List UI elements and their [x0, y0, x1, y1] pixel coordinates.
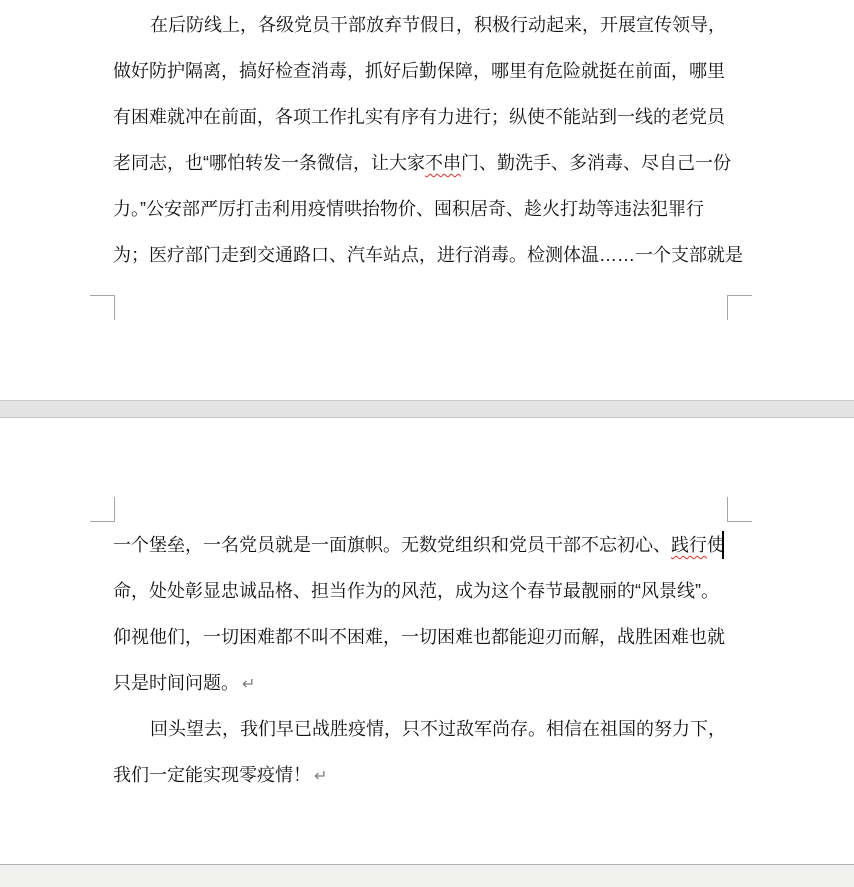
- text-run: 仰视他们，一切困难都不叫不困难，一切困难也都能迎刃而解，战胜困难也就: [113, 627, 725, 647]
- text-line[interactable]: 回头望去，我们早已战胜疫情，只不过敌军尚存。相信在祖国的努力下，: [113, 717, 790, 741]
- text-line[interactable]: 我们一定能实现零疫情！↵: [113, 763, 753, 787]
- text-cursor-caret: [722, 531, 724, 559]
- text-run: 有困难就冲在前面，各项工作扎实有序有力进行；纵使不能站到一线的老党员: [113, 107, 725, 127]
- page-gap: [0, 400, 854, 418]
- window-bottom-area: [0, 864, 854, 887]
- text-boundary-mark-top-left: [90, 497, 115, 522]
- paragraph-mark-icon: ↵: [242, 676, 255, 693]
- text-run: 为；医疗部门走到交通路口、汽车站点，进行消毒。检测体温……一个支部就是: [113, 245, 743, 265]
- text-line[interactable]: 只是时间问题。↵: [113, 671, 753, 695]
- text-run: 门、勤洗手、多消毒、尽自己一份: [461, 153, 731, 173]
- document-viewport: 在后防线上，各级党员干部放弃节假日，积极行动起来，开展宣传领导， 做好防护隔离，…: [0, 0, 854, 887]
- text-boundary-mark-top-right: [727, 497, 752, 522]
- text-boundary-mark-bottom-left: [90, 295, 115, 320]
- text-run: 老同志，也“哪怕转发一条微信，让大家: [113, 153, 425, 173]
- text-run: 我们一定能实现零疫情！: [113, 765, 311, 785]
- text-line[interactable]: 有困难就冲在前面，各项工作扎实有序有力进行；纵使不能站到一线的老党员: [113, 105, 753, 129]
- text-run: 力。”公安部严厉打击利用疫情哄抬物价、囤积居奇、趁火打劫等违法犯罪行: [113, 199, 704, 219]
- text-line[interactable]: 仰视他们，一切困难都不叫不困难，一切困难也都能迎刃而解，战胜困难也就: [113, 625, 753, 649]
- text-run: 做好防护隔离，搞好检查消毒，抓好后勤保障，哪里有危险就挺在前面，哪里: [113, 61, 725, 81]
- text-line[interactable]: 做好防护隔离，搞好检查消毒，抓好后勤保障，哪里有危险就挺在前面，哪里: [113, 59, 753, 83]
- text-run: 一个堡垒，一名党员就是一面旗帜。无数党组织和党员干部不忘初心、: [113, 535, 671, 555]
- page-1: 在后防线上，各级党员干部放弃节假日，积极行动起来，开展宣传领导， 做好防护隔离，…: [0, 0, 854, 400]
- text-line[interactable]: 一个堡垒，一名党员就是一面旗帜。无数党组织和党员干部不忘初心、践行使: [113, 533, 753, 557]
- text-line[interactable]: 为；医疗部门走到交通路口、汽车站点，进行消毒。检测体温……一个支部就是: [113, 243, 753, 267]
- text-line[interactable]: 在后防线上，各级党员干部放弃节假日，积极行动起来，开展宣传领导，: [113, 13, 790, 37]
- spellcheck-underlined-text: 践行: [671, 535, 707, 555]
- text-line[interactable]: 命，处处彰显忠诚品格、担当作为的风范，成为这个春节最靓丽的“风景线”。: [113, 579, 753, 603]
- page-2: 一个堡垒，一名党员就是一面旗帜。无数党组织和党员干部不忘初心、践行使 命，处处彰…: [0, 418, 854, 864]
- text-run: 只是时间问题。: [113, 673, 239, 693]
- text-run: 命，处处彰显忠诚品格、担当作为的风范，成为这个春节最靓丽的“风景线”。: [113, 581, 719, 601]
- text-run: 在后防线上，各级党员干部放弃节假日，积极行动起来，开展宣传领导，: [150, 15, 726, 35]
- text-boundary-mark-bottom-right: [727, 295, 752, 320]
- paragraph-mark-icon: ↵: [314, 768, 327, 785]
- text-line[interactable]: 力。”公安部严厉打击利用疫情哄抬物价、囤积居奇、趁火打劫等违法犯罪行: [113, 197, 753, 221]
- text-line[interactable]: 老同志，也“哪怕转发一条微信，让大家不串门、勤洗手、多消毒、尽自己一份: [113, 151, 753, 175]
- spellcheck-underlined-text: 不串: [425, 153, 461, 173]
- text-run: 回头望去，我们早已战胜疫情，只不过敌军尚存。相信在祖国的努力下，: [150, 719, 726, 739]
